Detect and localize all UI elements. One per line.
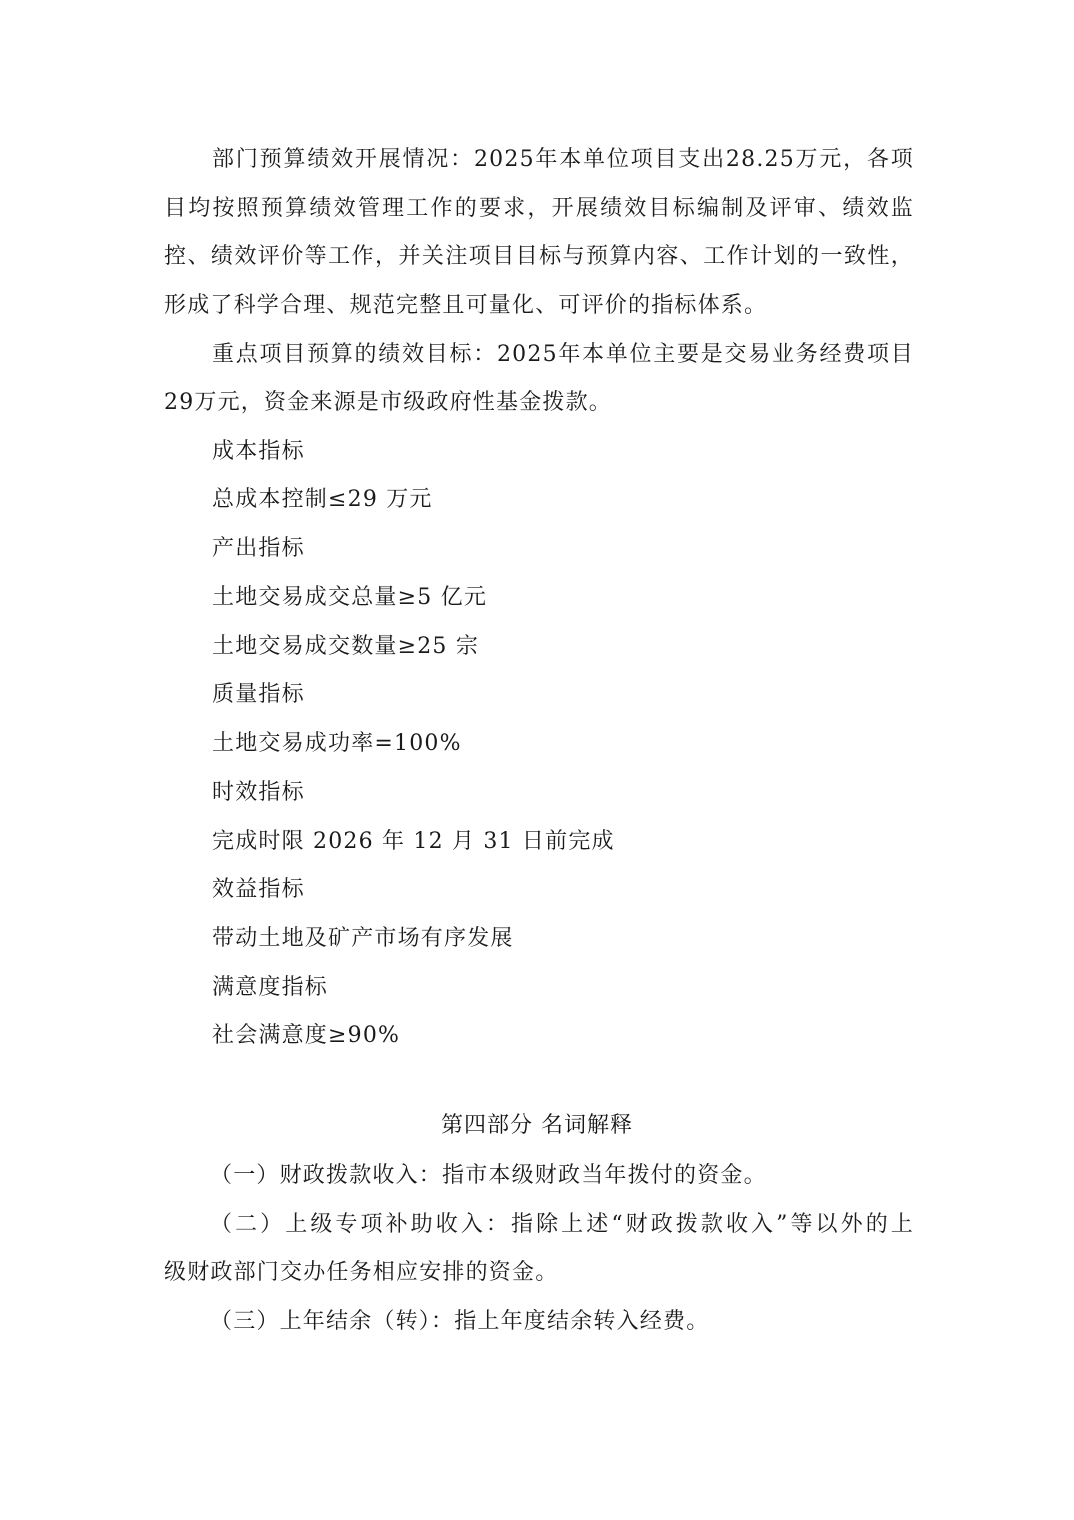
indicator-category-timeliness: 时效指标	[212, 778, 962, 808]
indicator-value-timeliness: 完成时限 2026 年 12 月 31 日前完成	[212, 827, 962, 857]
indicator-category-benefit: 效益指标	[212, 875, 962, 905]
glossary-item-2-line-1: （二）上级专项补助收入：指除上述“财政拨款收入”等以外的上	[210, 1210, 914, 1240]
performance-overview-line-1: 部门预算绩效开展情况：2025年本单位项目支出28.25万元，各项	[212, 145, 914, 175]
document-page: 部门预算绩效开展情况：2025年本单位项目支出28.25万元，各项 目均按照预算…	[0, 0, 1074, 1520]
glossary-item-3: （三）上年结余（转）：指上年度结余转入经费。	[210, 1307, 960, 1337]
section-heading-glossary: 第四部分 名词解释	[0, 1111, 1074, 1141]
key-project-goal-line-2: 29万元，资金来源是市级政府性基金拨款。	[164, 388, 914, 418]
indicator-value-cost: 总成本控制≤29 万元	[212, 485, 962, 515]
indicator-value-output-volume: 土地交易成交总量≥5 亿元	[212, 583, 962, 613]
indicator-value-output-count: 土地交易成交数量≥25 宗	[212, 632, 962, 662]
indicator-category-output: 产出指标	[212, 534, 962, 564]
indicator-category-cost: 成本指标	[212, 437, 962, 467]
indicator-value-quality: 土地交易成功率=100%	[212, 729, 962, 759]
key-project-goal-line-1: 重点项目预算的绩效目标：2025年本单位主要是交易业务经费项目	[212, 340, 914, 370]
performance-overview-line-3: 控、绩效评价等工作，并关注项目目标与预算内容、工作计划的一致性，	[164, 242, 914, 272]
indicator-category-quality: 质量指标	[212, 680, 962, 710]
glossary-item-1: （一）财政拨款收入：指市本级财政当年拨付的资金。	[210, 1161, 960, 1191]
performance-overview-line-2: 目均按照预算绩效管理工作的要求，开展绩效目标编制及评审、绩效监	[164, 194, 914, 224]
performance-overview-line-4: 形成了科学合理、规范完整且可量化、可评价的指标体系。	[164, 291, 914, 321]
indicator-value-benefit: 带动土地及矿产市场有序发展	[212, 924, 962, 954]
indicator-category-satisfaction: 满意度指标	[212, 973, 962, 1003]
glossary-item-2-line-2: 级财政部门交办任务相应安排的资金。	[164, 1258, 914, 1288]
indicator-value-satisfaction: 社会满意度≥90%	[212, 1021, 962, 1051]
